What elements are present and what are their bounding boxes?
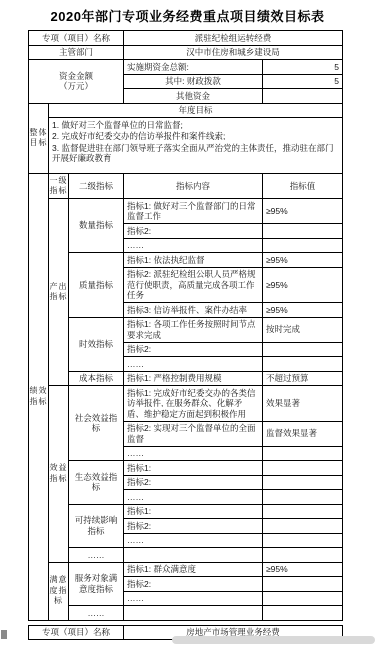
fund-amount-label: 资金金额 （万元） (29, 60, 124, 104)
indicator-value-cell: 效果显著 (263, 386, 343, 422)
fund-total-value: 5 (263, 60, 343, 75)
level1-indicator-header: 一级指标 (49, 174, 69, 199)
indicator-value-cell: 监督效果显著 (263, 421, 343, 446)
indicator-value-cell (263, 591, 343, 606)
indicator-content-cell: 指标1: 群众满意度 (124, 562, 263, 577)
performance-indicator-side-label: 绩效指标 (29, 174, 49, 621)
annual-goal-line: 1. 做好对三个监督单位的日常监督; (52, 120, 339, 131)
next-project-name-label: 专项（项目）名称 (29, 625, 124, 640)
indicator-value-cell (263, 504, 343, 519)
indicator-value-cell (263, 475, 343, 490)
indicator-content-cell (124, 548, 263, 563)
indicator-row: 可持续影响指标指标1: (29, 504, 343, 519)
annual-goal-content: 1. 做好对三个监督单位的日常监督; 2. 完成好市纪委交办的信访举报件和案件线… (49, 118, 343, 174)
indicator-content-cell: 指标2: 实现对三个监督单位的全面监督 (124, 421, 263, 446)
indicator-value-cell: 不超过预算 (263, 371, 343, 386)
indicator-content-cell: 指标1: 严格控制费用规模 (124, 371, 263, 386)
indicator-value-cell (263, 548, 343, 563)
department-value: 汉中市住房和城乡建设局 (124, 45, 343, 60)
indicator-content-cell: 指标2: (124, 224, 263, 239)
indicator-value-cell (263, 446, 343, 461)
annual-goal-header-row: 整体目标 年度目标 (29, 103, 343, 118)
page-corner-marker (1, 630, 7, 639)
fund-amount-label-line2: （万元） (32, 81, 120, 92)
indicator-value-cell: ≥95% (263, 199, 343, 224)
indicator-content-cell: …… (124, 591, 263, 606)
indicator-content-cell: 指标2: (124, 577, 263, 592)
horizontal-scrollbar-thumb[interactable] (172, 636, 375, 644)
indicator-value-cell (263, 238, 343, 253)
indicator-content-cell: 指标1: (124, 504, 263, 519)
level2-indicator-label: …… (69, 606, 124, 621)
fund-fiscal-label: 其中: 财政拨款 (124, 74, 263, 89)
indicator-value-cell (263, 490, 343, 505)
level1-indicator-label: 满意度指标 (49, 562, 69, 620)
indicator-row: …… (29, 548, 343, 563)
indicator-content-header: 指标内容 (124, 174, 263, 199)
indicator-value-cell: 按时完成 (263, 317, 343, 342)
fund-fiscal-value: 5 (263, 74, 343, 89)
indicator-content-cell: 指标1: 做好对三个监督部门的日常监督工作 (124, 199, 263, 224)
indicator-value-cell (263, 342, 343, 357)
indicator-row: 生态效益指标指标1: (29, 461, 343, 476)
indicator-content-cell: 指标1: 依法执纪监督 (124, 253, 263, 268)
indicator-row: 满意度指标服务对象满意度指标指标1: 群众满意度≥95% (29, 562, 343, 577)
indicator-row: 质量指标指标1: 依法执纪监督≥95% (29, 253, 343, 268)
indicator-value-cell (263, 224, 343, 239)
level2-indicator-label: 数量指标 (69, 199, 124, 253)
fund-other-label: 其他资金 (124, 89, 263, 104)
annual-goal-content-row: 1. 做好对三个监督单位的日常监督; 2. 完成好市纪委交办的信访举报件和案件线… (29, 118, 343, 174)
fund-amount-label-line1: 资金金额 (32, 71, 120, 82)
indicator-value-cell (263, 461, 343, 476)
fund-total-row: 资金金额 （万元） 实施期资金总额: 5 (29, 60, 343, 75)
annual-goal-line: 3. 监督促进驻在部门领导班子落实全面从严治党的主体责任，推动驻在部门开展好廉政… (52, 143, 339, 164)
fund-total-label: 实施期资金总额: (124, 60, 263, 75)
department-row: 主管部门 汉中市住房和城乡建设局 (29, 45, 343, 60)
level2-indicator-label: …… (69, 548, 124, 563)
indicator-content-cell: 指标2: (124, 519, 263, 534)
page-title: 2020年部门专项业务经费重点项目绩效目标表 (10, 6, 365, 25)
fund-other-value (263, 89, 343, 104)
indicator-header-row: 绩效指标 一级指标 二级指标 指标内容 指标值 (29, 174, 343, 199)
indicator-content-cell (124, 606, 263, 621)
indicator-value-header: 指标值 (263, 174, 343, 199)
indicator-value-cell: ≥95% (263, 253, 343, 268)
indicator-value-cell (263, 519, 343, 534)
indicator-row: …… (29, 606, 343, 621)
level2-indicator-label: 社会效益指标 (69, 386, 124, 461)
indicator-content-cell: 指标2: (124, 475, 263, 490)
overall-goal-side-label: 整体目标 (29, 103, 49, 174)
level2-indicator-label: 生态效益指标 (69, 461, 124, 505)
level2-indicator-label: 时效指标 (69, 317, 124, 371)
project-name-value: 派驻纪检组运转经费 (124, 31, 343, 46)
level2-indicator-label: 质量指标 (69, 253, 124, 318)
annual-goal-line: 2. 完成好市纪委交办的信访举报件和案件线索; (52, 131, 339, 142)
annual-goal-header: 年度目标 (49, 103, 343, 118)
level1-indicator-label: 效益指标 (49, 386, 69, 563)
indicator-value-cell: ≥95% (263, 267, 343, 303)
indicator-content-cell: 指标1: 完成好市纪委交办的各类信访举报件, 在服务群众、化解矛盾、维护稳定方面… (124, 386, 263, 422)
level2-indicator-header: 二级指标 (69, 174, 124, 199)
indicator-value-cell (263, 577, 343, 592)
indicator-value-cell (263, 533, 343, 548)
indicator-row: 时效指标指标1: 各项工作任务按照时间节点要求完成按时完成 (29, 317, 343, 342)
level2-indicator-label: 成本指标 (69, 371, 124, 386)
level2-indicator-label: 服务对象满意度指标 (69, 562, 124, 606)
indicator-value-cell (263, 606, 343, 621)
project-name-label: 专项（项目）名称 (29, 31, 124, 46)
level2-indicator-label: 可持续影响指标 (69, 504, 124, 548)
indicator-row: 成本指标指标1: 严格控制费用规模不超过预算 (29, 371, 343, 386)
indicator-content-cell: …… (124, 238, 263, 253)
indicator-content-cell: 指标3: 信访举报件、案件办结率 (124, 303, 263, 318)
indicator-content-cell: 指标1: (124, 461, 263, 476)
indicator-value-cell: ≥95% (263, 562, 343, 577)
indicator-content-cell: …… (124, 490, 263, 505)
performance-target-table: 专项（项目）名称 派驻纪检组运转经费 主管部门 汉中市住房和城乡建设局 资金金额… (28, 30, 343, 621)
indicator-content-cell: …… (124, 533, 263, 548)
indicator-content-cell: …… (124, 357, 263, 372)
indicator-content-cell: 指标1: 各项工作任务按照时间节点要求完成 (124, 317, 263, 342)
indicator-content-cell: 指标2: 派驻纪检组公职人员严格规范行使职责，高质量完成各项工作任务 (124, 267, 263, 303)
level1-indicator-label: 产出指标 (49, 199, 69, 386)
indicator-row: 效益指标社会效益指标指标1: 完成好市纪委交办的各类信访举报件, 在服务群众、化… (29, 386, 343, 422)
indicator-value-cell: ≥95% (263, 303, 343, 318)
department-label: 主管部门 (29, 45, 124, 60)
indicator-value-cell (263, 357, 343, 372)
indicator-row: 产出指标数量指标指标1: 做好对三个监督部门的日常监督工作≥95% (29, 199, 343, 224)
project-name-row: 专项（项目）名称 派驻纪检组运转经费 (29, 31, 343, 46)
indicator-content-cell: …… (124, 446, 263, 461)
indicator-content-cell: 指标2: (124, 342, 263, 357)
